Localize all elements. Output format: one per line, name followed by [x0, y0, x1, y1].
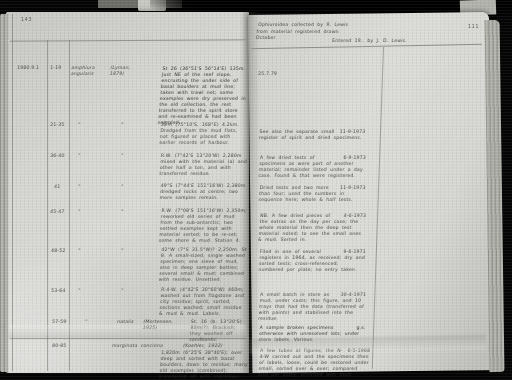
- row-author: (Lyman, 1879): [109, 66, 144, 78]
- register-book-photo: 143 111 Ophiuroidea collected by R. Lewi…: [0, 0, 512, 380]
- ditto-mark: ": [78, 249, 85, 255]
- ditto-mark: ": [78, 123, 85, 129]
- ditto-mark: ": [78, 185, 85, 191]
- left-page-crease: [8, 325, 246, 339]
- row-date: 1980.9.1: [17, 66, 46, 72]
- row-range: 53-64: [51, 289, 72, 295]
- right-margin-note: 25.7.79: [258, 72, 289, 78]
- row-range: 48-52: [51, 249, 72, 255]
- row-description: R.W. (7°42'S 13°20'W) 2,280m mixed with …: [159, 154, 249, 178]
- row-range: 36-40: [50, 154, 71, 160]
- right-header-line3: Entered 19.. by J. D. Lewis.: [332, 39, 413, 45]
- ditto-mark: ": [121, 123, 128, 129]
- remark-entry: 9-6-1971 Filed in one of several registe…: [258, 250, 366, 274]
- row-description: 42°W (7°S 31.5°W)? 2,250m. St 8. A small…: [158, 248, 249, 284]
- ditto-mark: ": [78, 289, 85, 295]
- row-range: 80-85: [52, 344, 75, 350]
- row-description: 1,820m (6°25'S 38°40'E); over deep and s…: [159, 351, 250, 380]
- row-range: 45-47: [50, 210, 71, 216]
- row-range: 1-19: [50, 66, 69, 72]
- ditto-mark: ": [121, 154, 128, 160]
- remark-entry: 30-4-1971 A small batch in store as mud,…: [258, 293, 367, 323]
- row-description: 49°S (7°44'E 151°16'W) 2,380m dredged ro…: [159, 184, 249, 202]
- row-description: St 26 (36°51'S 56°14'E) 135m. Just NE of…: [157, 67, 250, 127]
- row-description: 38-A (75°10'S, 168°E) 4.2km. Dredged fro…: [159, 123, 249, 147]
- left-fore-edge: [0, 14, 8, 372]
- right-header-line1: Ophiuroidea collected by R. Lewis: [258, 23, 359, 29]
- ditto-mark: ": [121, 289, 128, 295]
- row-description: R-4-W. (4°42'S 30°60'W) 460m; washed out…: [159, 288, 250, 318]
- right-page-number: 111: [468, 24, 479, 30]
- left-page-number: 143: [21, 17, 32, 23]
- row-range: 21-35: [50, 123, 71, 129]
- ditto-mark: ": [121, 210, 128, 216]
- ditto-mark: ": [78, 210, 85, 216]
- remark-entry: 6-9-1973 A few dried tests of specimens …: [258, 156, 366, 180]
- ditto-mark: ": [121, 185, 128, 191]
- row-author: (Koehler, 1922): [183, 344, 224, 350]
- remark-text: Dried tests and two more than four; used…: [258, 186, 353, 203]
- left-margin-rule: [12, 14, 13, 371]
- row-species: amphiura angularis: [70, 66, 109, 78]
- remark-entry: 11-9-1973 See also the separate small re…: [258, 130, 365, 142]
- ditto-mark: ": [121, 249, 128, 255]
- remark-entry: 4-6-1973 NB. A few dried pieces of the e…: [258, 214, 367, 244]
- row-description: R.W. (7°08'S 151°16'W) 2,350m; reworked …: [158, 209, 249, 245]
- row-species: marginata concinna: [112, 344, 165, 350]
- ditto-mark: ": [78, 154, 85, 160]
- remark-entry: 11-9-1973 Dried tests and two more than …: [258, 186, 366, 204]
- row-range: 41: [54, 185, 69, 191]
- left-col-rule-1: [47, 40, 48, 371]
